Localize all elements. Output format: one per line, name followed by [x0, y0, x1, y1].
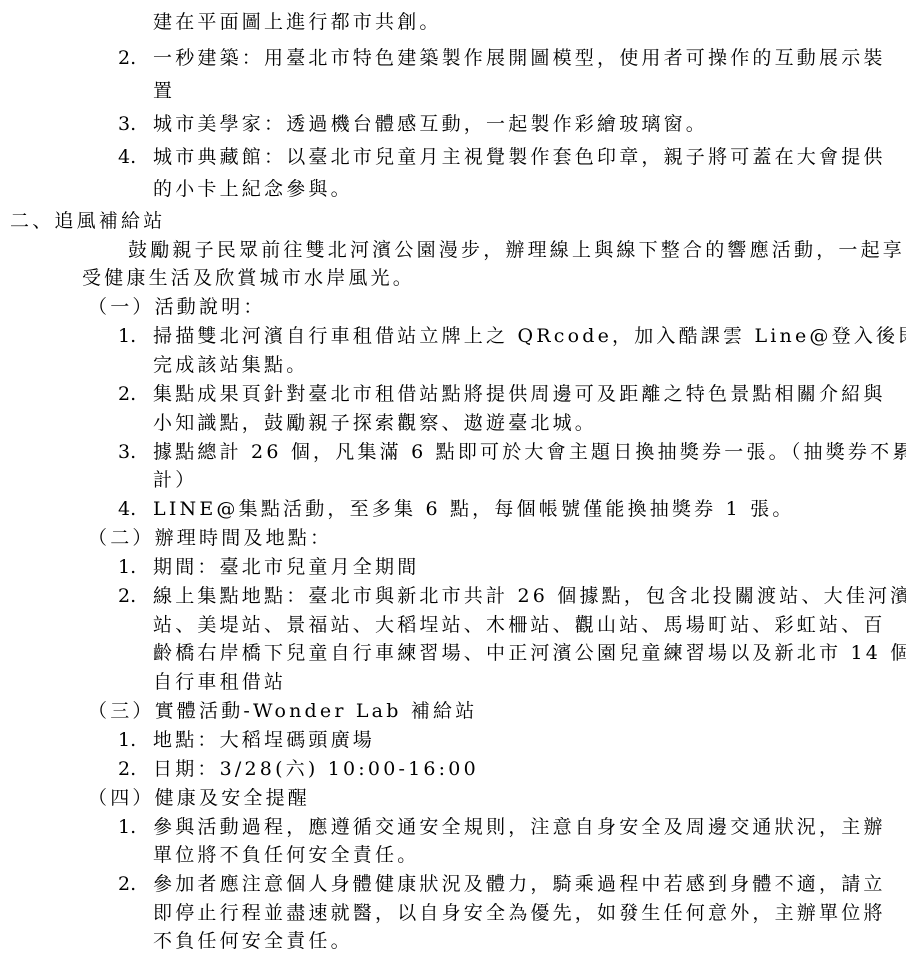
list-item-text: 地點：大稻埕碼頭廣場: [153, 726, 375, 754]
list-item-text: 小知識點，鼓勵親子探索觀察、遨遊臺北城。: [153, 409, 597, 437]
list-number: 1.: [118, 322, 136, 350]
list-number: 1.: [118, 553, 136, 581]
list-item-text: 期間：臺北市兒童月全期間: [153, 553, 419, 581]
subsection-heading: （三）實體活動-Wonder Lab 補給站: [88, 697, 477, 725]
list-item-text: 計）: [153, 466, 197, 494]
list-number: 3.: [118, 438, 136, 466]
list-number: 3.: [118, 110, 136, 138]
subsection-heading: （四）健康及安全提醒: [88, 784, 310, 812]
list-number: 2.: [118, 380, 136, 408]
list-item-text: 即停止行程並盡速就醫，以自身安全為優先，如發生任何意外，主辦單位將: [153, 899, 886, 927]
list-item-text: 的小卡上紀念參與。: [153, 175, 353, 203]
section-heading: 二、追風補給站: [10, 207, 165, 235]
list-item-text: 日期：3/28(六) 10:00-16:00: [153, 755, 479, 783]
list-item-text: 參與活動過程，應遵循交通安全規則，注意自身安全及周邊交通狀況，主辦: [153, 813, 886, 841]
intro-paragraph: 受健康生活及欣賞城市水岸風光。: [82, 264, 415, 292]
list-item-text: 完成該站集點。: [153, 351, 308, 379]
subsection-heading: （一）活動說明：: [88, 293, 266, 321]
list-item-text: 掃描雙北河濱自行車租借站立牌上之 QRcode，加入酷課雲 Line@登入後即可: [153, 322, 906, 350]
list-number: 2.: [118, 870, 136, 898]
list-item-text: 站、美堤站、景福站、大稻埕站、木柵站、觀山站、馬場町站、彩虹站、百: [153, 611, 886, 639]
list-item-text: 不負任何安全責任。: [153, 927, 353, 954]
intro-paragraph: 鼓勵親子民眾前往雙北河濱公園漫步，辦理線上與線下整合的響應活動，一起享: [128, 236, 905, 264]
list-item-text: 據點總計 26 個，凡集滿 6 點即可於大會主題日換抽獎券一張。（抽獎券不累: [153, 438, 906, 466]
list-item-text: 建在平面圖上進行都市共創。: [153, 8, 442, 36]
list-item-text: LINE@集點活動，至多集 6 點，每個帳號僅能換抽獎券 1 張。: [153, 495, 795, 523]
list-item-text: 參加者應注意個人身體健康狀況及體力，騎乘過程中若感到身體不適，請立: [153, 870, 886, 898]
list-item-text: 自行車租借站: [153, 668, 286, 696]
list-item-text: 線上集點地點：臺北市與新北市共計 26 個據點，包含北投關渡站、大佳河濱: [153, 582, 906, 610]
list-number: 4.: [118, 143, 136, 171]
list-item-text: 齡橋右岸橋下兒童自行車練習場、中正河濱公園兒童練習場以及新北市 14 個: [153, 639, 906, 667]
list-number: 1.: [118, 726, 136, 754]
list-number: 2.: [118, 44, 136, 72]
subsection-heading: （二）辦理時間及地點：: [88, 524, 332, 552]
list-item-text: 一秒建築：用臺北市特色建築製作展開圖模型，使用者可操作的互動展示裝: [153, 44, 886, 72]
list-item-text: 城市典藏館：以臺北市兒童月主視覺製作套色印章，親子將可蓋在大會提供: [153, 143, 886, 171]
list-item-text: 單位將不負任何安全責任。: [153, 841, 419, 869]
list-number: 4.: [118, 495, 136, 523]
list-number: 2.: [118, 582, 136, 610]
list-number: 1.: [118, 813, 136, 841]
list-item-text: 集點成果頁針對臺北市租借站點將提供周邊可及距離之特色景點相關介紹與: [153, 380, 886, 408]
list-item-text: 置: [153, 77, 175, 105]
list-number: 2.: [118, 755, 136, 783]
list-item-text: 城市美學家：透過機台體感互動，一起製作彩繪玻璃窗。: [153, 110, 708, 138]
